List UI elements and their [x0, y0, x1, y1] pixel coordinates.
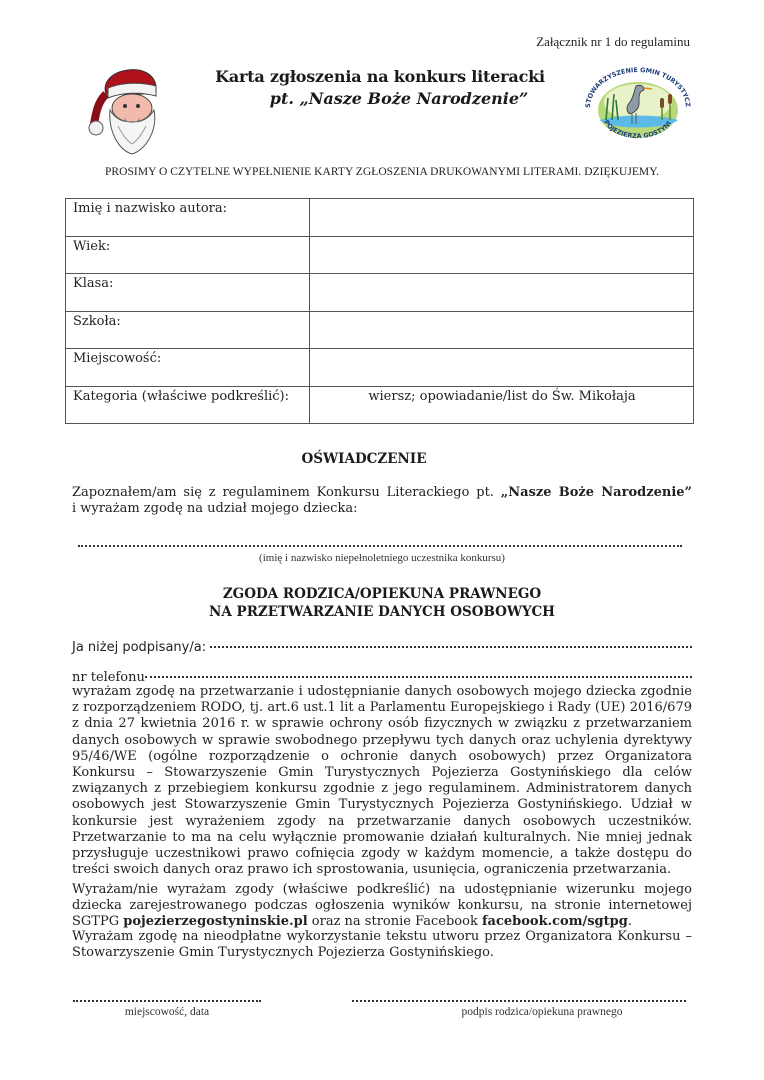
phone-row: nr telefonu: [72, 670, 692, 685]
town-field[interactable]: [310, 349, 694, 387]
website-link[interactable]: pojezierzegostyninskie.pl: [123, 914, 307, 929]
declaration-text-after: i wyrażam zgodę na udział mojego dziecka…: [72, 501, 692, 517]
town-label: Miejscowość:: [66, 349, 310, 387]
phone-label: nr telefonu: [72, 670, 145, 685]
consent-title-line-1: ZGODA RODZICA/OPIEKUNA PRAWNEGO: [0, 585, 764, 603]
signer-name-row: Ja niżej podpisany/a:: [72, 640, 692, 655]
consent-title-line-2: NA PRZETWARZANIE DANYCH OSOBOWYCH: [0, 603, 764, 621]
table-row: Klasa:: [66, 274, 694, 312]
declaration-title: OŚWIADCZENIE: [0, 451, 728, 467]
contest-name: „Nasze Boże Narodzenie”: [501, 485, 692, 500]
author-name-field[interactable]: [310, 199, 694, 237]
place-date-field[interactable]: [73, 1000, 261, 1002]
school-label: Szkoła:: [66, 311, 310, 349]
declaration-text: Zapoznałem/am się z regulaminem Konkursu…: [72, 485, 692, 517]
fill-instructions: PROSIMY O CZYTELNE WYPEŁNIENIE KARTY ZGŁ…: [0, 166, 764, 178]
attachment-note: Załącznik nr 1 do regulaminu: [536, 34, 690, 50]
document-title: Karta zgłoszenia na konkurs literacki pt…: [180, 66, 580, 110]
phone-field[interactable]: [145, 676, 692, 678]
signer-name-label: Ja niżej podpisany/a:: [72, 640, 206, 655]
class-label: Klasa:: [66, 274, 310, 312]
title-line-2: pt. „Nasze Boże Narodzenie”: [180, 88, 580, 110]
entry-form-table: Imię i nazwisko autora: Wiek: Klasa: Szk…: [65, 198, 694, 424]
age-field[interactable]: [310, 236, 694, 274]
category-label: Kategoria (właściwe podkreślić):: [66, 386, 310, 424]
santa-claus-icon: [88, 64, 168, 156]
parent-signature-field[interactable]: [352, 1000, 686, 1002]
class-field[interactable]: [310, 274, 694, 312]
signer-name-field[interactable]: [210, 646, 692, 648]
table-row: Miejscowość:: [66, 349, 694, 387]
image-consent-part-2: oraz na stronie Facebook: [312, 914, 478, 929]
heron-logo-icon: STOWARZYSZENIE GMIN TURYSTYCZNYCH POJEZI…: [578, 64, 698, 146]
image-consent-part-3: .: [628, 914, 632, 929]
child-name-field[interactable]: [78, 545, 682, 547]
declaration-text-before: Zapoznałem/am się z regulaminem Konkursu…: [72, 485, 494, 500]
place-date-caption: miejscowość, data: [73, 1006, 261, 1018]
image-consent-text: Wyrażam/nie wyrażam zgody (właściwe podk…: [72, 882, 692, 931]
category-options[interactable]: wiersz; opowiadanie/list do Św. Mikołaja: [310, 386, 694, 424]
age-label: Wiek:: [66, 236, 310, 274]
table-row: Kategoria (właściwe podkreślić): wiersz;…: [66, 386, 694, 424]
author-name-label: Imię i nazwisko autora:: [66, 199, 310, 237]
table-row: Szkoła:: [66, 311, 694, 349]
facebook-link[interactable]: facebook.com/sgtpg: [482, 914, 628, 929]
table-row: Imię i nazwisko autora:: [66, 199, 694, 237]
child-name-caption: (imię i nazwisko niepełnoletniego uczest…: [0, 552, 764, 564]
text-use-consent: Wyrażam zgodę na nieodpłatne wykorzystan…: [72, 929, 692, 961]
gdpr-consent-text: wyrażam zgodę na przetwarzanie i udostęp…: [72, 684, 692, 878]
parent-signature-caption: podpis rodzica/opiekuna prawnego: [380, 1006, 704, 1018]
table-row: Wiek:: [66, 236, 694, 274]
school-field[interactable]: [310, 311, 694, 349]
consent-title: ZGODA RODZICA/OPIEKUNA PRAWNEGO NA PRZET…: [0, 585, 764, 621]
title-line-1: Karta zgłoszenia na konkurs literacki: [180, 66, 580, 88]
